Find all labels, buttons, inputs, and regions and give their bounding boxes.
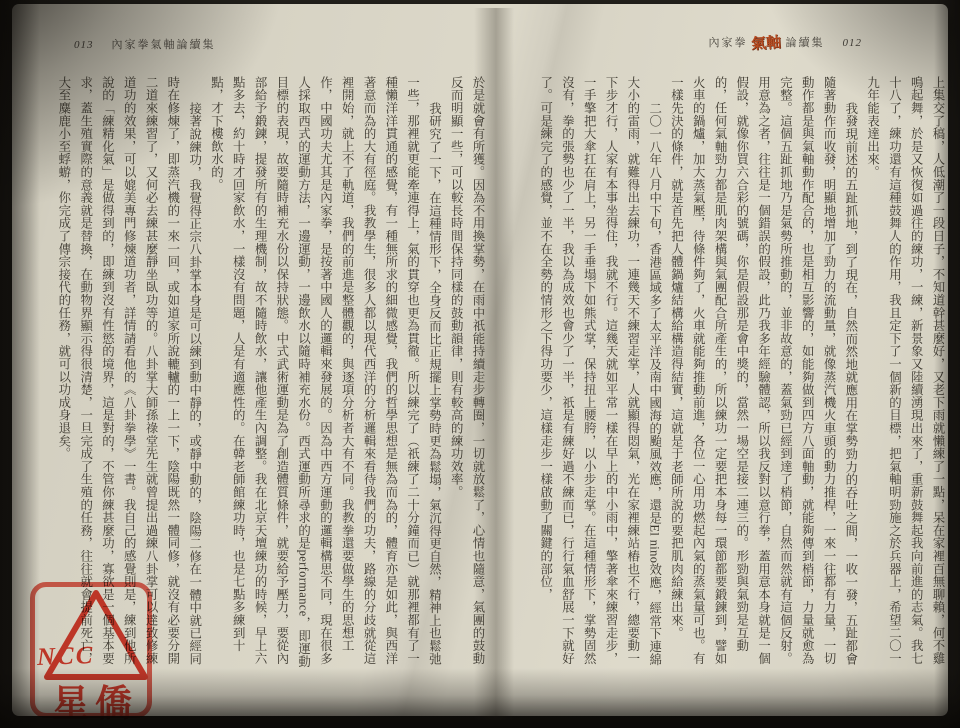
paragraph: 我研究了一下，在這種情形下，全身反而比正規擺上掌勢時更為鬆塌，氣沉得更自然，精神… [205, 76, 445, 668]
paragraph: 二〇一八年八月中下旬，香港區域多了太平洋及南中國海的颱風效應，還是El nino… [534, 76, 665, 668]
right-page-text: 上集交了稿，人低潮了一段日子，不知道幹甚麼好，又老下雨就懶練了一點，呆在家裡百無… [508, 76, 948, 668]
paragraph: 上集交了稿，人低潮了一段日子，不知道幹甚麼好，又老下雨就懶練了一點，呆在家裡百無… [861, 76, 948, 668]
paragraph: 接著說練功，我覺得正宗八卦掌本身是可以練到動中靜的，或靜中動的，陰陽二修在一體中… [52, 76, 205, 668]
watermark-xingqiao-text: 星僑 [39, 673, 151, 727]
left-page-text: 於是就會有所獲。因為不用換掌勢，在雨中祇能持續走步轉圈，一切就放鬆了，心情也隨意… [50, 76, 488, 668]
book-photo: 013內家拳氣軸論續集 於是就會有所獲。因為不用換掌勢，在雨中祇能持續走步轉圈，… [0, 0, 960, 728]
right-page-header: 內家拳氣軸論續集012 [708, 30, 862, 51]
right-page-title-suffix: 論續集 [786, 37, 825, 49]
paragraph: 於是就會有所獲。因為不用換掌勢，在雨中祇能持續走步轉圈，一切就放鬆了，心情也隨意… [444, 76, 488, 668]
watermark-ncc-text: NCC [37, 642, 95, 672]
paragraph: 我發現前述的五趾抓地，到了現在，自然而然地就應用在掌勢勁力的吞吐之間，一收一發，… [665, 76, 861, 668]
open-book-spread: 013內家拳氣軸論續集 於是就會有所獲。因為不用換掌勢，在雨中祇能持續走步轉圈，… [12, 4, 948, 716]
ncc-xingqiao-watermark: NCC 星僑 [30, 582, 152, 718]
left-page-number: 013 [74, 39, 94, 51]
left-page-title: 內家拳氣軸論續集 [112, 39, 216, 51]
left-page-header: 013內家拳氣軸論續集 [74, 36, 216, 52]
right-page-title-prefix: 內家拳 [708, 37, 747, 49]
qizhou-seal-stamp: 氣軸 [751, 31, 782, 54]
right-page-number: 012 [843, 37, 863, 49]
